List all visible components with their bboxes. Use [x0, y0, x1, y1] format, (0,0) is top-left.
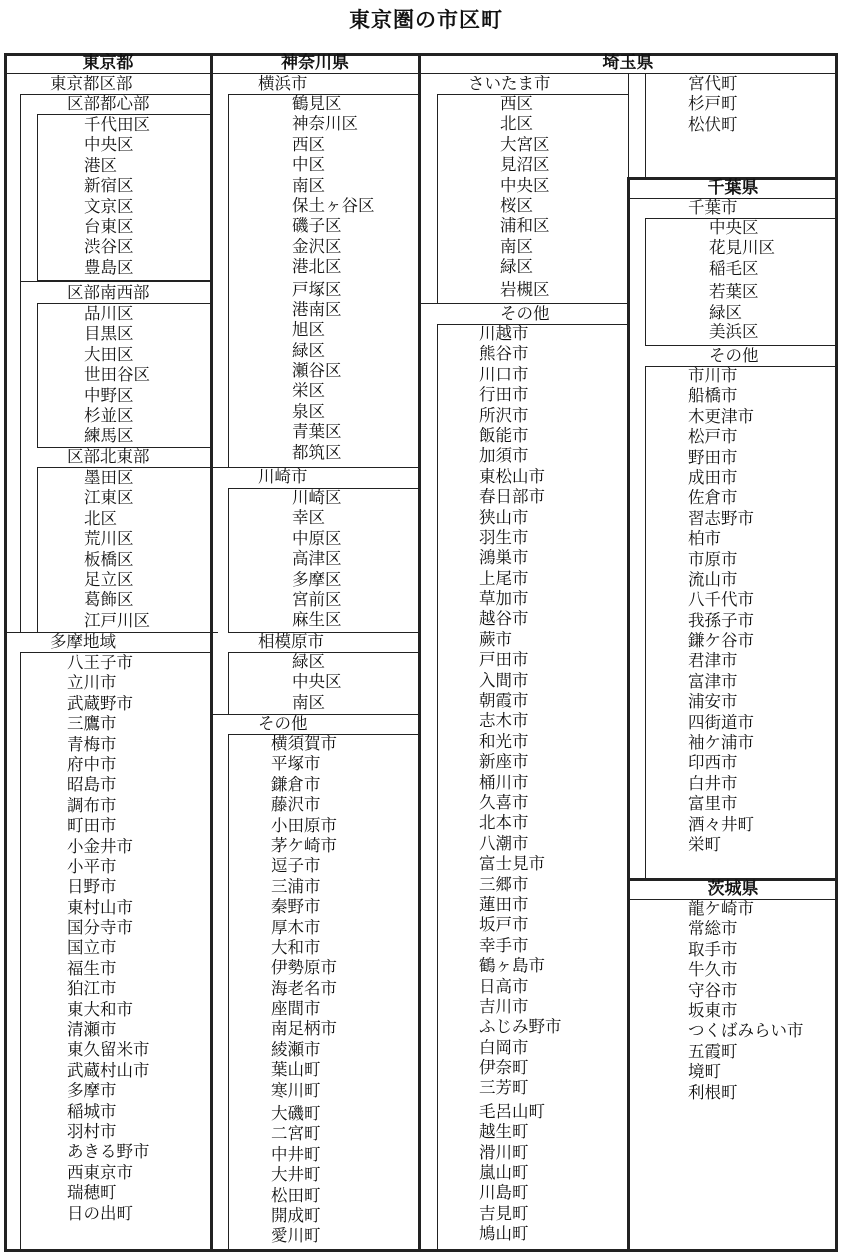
- list-item: 厚木市: [271, 918, 337, 938]
- list-item: 白岡市: [479, 1038, 562, 1058]
- list-item: 境町: [688, 1062, 804, 1082]
- list-item: 葛飾区: [84, 590, 150, 610]
- list-item: 栄町: [688, 835, 754, 855]
- list-item: 酒々井町: [688, 815, 754, 835]
- list-item: 東松山市: [479, 467, 562, 487]
- list-item: 中央区: [84, 135, 150, 155]
- chiba-others-label: その他: [709, 346, 759, 366]
- list-item: 瀬谷区: [292, 361, 375, 381]
- list-item: 流山市: [688, 570, 754, 590]
- header-tokyo: 東京都: [6, 53, 210, 73]
- list-item: 中区: [292, 155, 375, 175]
- list-item: 西東京市: [67, 1163, 150, 1183]
- list-item: 目黒区: [84, 324, 150, 344]
- tokyo-southwest-top: [20, 281, 210, 282]
- list-item: 秦野市: [271, 897, 337, 917]
- ibaraki-list: 龍ケ崎市 常総市 取手市 牛久市 守谷市 坂東市 つくばみらい市 五霞町 境町 …: [688, 899, 804, 1103]
- list-item: 中央区: [500, 176, 550, 196]
- list-item: 座間市: [271, 999, 337, 1019]
- kanagawa-others-label: その他: [258, 714, 308, 734]
- list-item: 佐倉市: [688, 488, 754, 508]
- list-item: 川島町: [479, 1183, 562, 1203]
- list-item: 緑区: [709, 303, 775, 322]
- header-chiba: 千葉県: [630, 178, 836, 198]
- list-item: 野田市: [688, 448, 754, 468]
- list-item: 南区: [292, 693, 342, 713]
- list-item: 多摩市: [67, 1081, 150, 1101]
- list-item: 中央区: [709, 218, 775, 238]
- list-item: 八王子市: [67, 653, 150, 673]
- saitama-city-label: さいたま市: [468, 74, 551, 94]
- list-item: 鎌ケ谷市: [688, 631, 754, 651]
- list-item: 柏市: [688, 529, 754, 549]
- list-item: 松戸市: [688, 427, 754, 447]
- list-item: 武蔵野市: [67, 694, 150, 714]
- tokyo-southwest-list: 品川区 目黒区 大田区 世田谷区 中野区 杉並区 練馬区: [84, 304, 150, 447]
- list-item: 北区: [500, 114, 550, 134]
- list-item: 松伏町: [688, 115, 738, 135]
- list-item: 青葉区: [292, 422, 375, 442]
- list-item: 宮代町: [688, 74, 738, 94]
- tokyo-wards-bracket: [20, 94, 21, 632]
- list-item: 横須賀市: [271, 734, 337, 754]
- list-item: 世田谷区: [84, 365, 150, 385]
- list-item: 四街道市: [688, 713, 754, 733]
- list-item: 渋谷区: [84, 237, 150, 257]
- list-item: 伊奈町: [479, 1058, 562, 1078]
- kanagawa-kawasaki-top: [210, 467, 420, 468]
- list-item: 江戸川区: [84, 611, 150, 631]
- list-item: 嵐山町: [479, 1163, 562, 1183]
- kanagawa-kawasaki-label: 川崎市: [258, 467, 308, 487]
- list-item: 小金井市: [67, 837, 150, 857]
- saitama-city-list: 西区 北区 大宮区 見沼区 中央区 桜区 浦和区 南区 緑区 岩槻区: [500, 94, 550, 300]
- list-item: 龍ケ崎市: [688, 899, 804, 919]
- list-item: 川口市: [479, 365, 562, 385]
- list-item: 所沢市: [479, 406, 562, 426]
- list-item: 八潮市: [479, 834, 562, 854]
- list-item: 草加市: [479, 589, 562, 609]
- list-item: 緑区: [292, 652, 342, 672]
- list-item: 市原市: [688, 550, 754, 570]
- list-item: 戸塚区: [292, 280, 375, 300]
- list-item: 蓮田市: [479, 895, 562, 915]
- list-item: 狭山市: [479, 508, 562, 528]
- list-item: 海老名市: [271, 979, 337, 999]
- list-item: 清瀬市: [67, 1020, 150, 1040]
- list-item: 川崎区: [292, 488, 342, 508]
- chiba-others-list: 市川市 船橋市 木更津市 松戸市 野田市 成田市 佐倉市 習志野市 柏市 市原市…: [688, 366, 754, 855]
- list-item: 行田市: [479, 385, 562, 405]
- list-item: 習志野市: [688, 509, 754, 529]
- list-item: 泉区: [292, 402, 375, 422]
- list-item: 川越市: [479, 324, 562, 344]
- list-item: 港北区: [292, 257, 375, 277]
- list-item: 高津区: [292, 549, 342, 569]
- list-item: 和光市: [479, 732, 562, 752]
- list-item: 板橋区: [84, 550, 150, 570]
- kanagawa-yokohama-list: 鶴見区 神奈川区 西区 中区 南区 保土ヶ谷区 磯子区 金沢区 港北区 戸塚区 …: [292, 94, 375, 463]
- list-item: 三鷹市: [67, 714, 150, 734]
- list-item: 白井市: [688, 774, 754, 794]
- list-item: 坂戸市: [479, 915, 562, 935]
- list-item: 保土ヶ谷区: [292, 196, 375, 216]
- list-item: 南足柄市: [271, 1019, 337, 1039]
- list-item: 東大和市: [67, 1000, 150, 1020]
- list-item: 取手市: [688, 940, 804, 960]
- list-item: 八千代市: [688, 590, 754, 610]
- list-item: 志木市: [479, 711, 562, 731]
- header-kanagawa: 神奈川県: [212, 53, 418, 73]
- list-item: 中原区: [292, 529, 342, 549]
- tokyo-tama-list: 八王子市 立川市 武蔵野市 三鷹市 青梅市 府中市 昭島市 調布市 町田市 小金…: [67, 653, 150, 1224]
- list-item: 中井町: [271, 1145, 337, 1165]
- list-item: 鴻巣市: [479, 548, 562, 568]
- list-item: つくばみらい市: [688, 1021, 804, 1041]
- list-item: 大和市: [271, 938, 337, 958]
- list-item: 西区: [292, 135, 375, 155]
- list-item: 杉戸町: [688, 94, 738, 114]
- list-item: 杉並区: [84, 406, 150, 426]
- list-item: 君津市: [688, 651, 754, 671]
- list-item: 調布市: [67, 796, 150, 816]
- list-item: 南区: [292, 176, 375, 196]
- list-item: 富士見市: [479, 854, 562, 874]
- chiba-city-list: 中央区 花見川区 稲毛区 若葉区 緑区 美浜区: [709, 218, 775, 342]
- list-item: 寒川町: [271, 1081, 337, 1101]
- list-item: 吉川市: [479, 997, 562, 1017]
- list-item: 上尾市: [479, 569, 562, 589]
- list-item: あきる野市: [67, 1142, 150, 1162]
- list-item: 国立市: [67, 938, 150, 958]
- list-item: 西区: [500, 94, 550, 114]
- list-item: 羽生市: [479, 528, 562, 548]
- list-item: 荒川区: [84, 529, 150, 549]
- list-item: 日高市: [479, 977, 562, 997]
- list-item: 稲城市: [67, 1102, 150, 1122]
- list-item: 守谷市: [688, 981, 804, 1001]
- tokyo-central-list: 千代田区 中央区 港区 新宿区 文京区 台東区 渋谷区 豊島区: [84, 115, 150, 278]
- list-item: ふじみ野市: [479, 1017, 562, 1037]
- list-item: 浦安市: [688, 692, 754, 712]
- list-item: 船橋市: [688, 386, 754, 406]
- list-item: 国分寺市: [67, 918, 150, 938]
- kanagawa-sagamihara-label: 相模原市: [258, 632, 324, 652]
- list-item: 越谷市: [479, 609, 562, 629]
- saitama-continuation-bracket: [645, 73, 646, 178]
- list-item: 瑞穂町: [67, 1183, 150, 1203]
- list-item: 坂東市: [688, 1001, 804, 1021]
- list-item: 富津市: [688, 672, 754, 692]
- list-item: 北本市: [479, 813, 562, 833]
- list-item: 小平市: [67, 857, 150, 877]
- kanagawa-others-list: 横須賀市 平塚市 鎌倉市 藤沢市 小田原市 茅ケ崎市 逗子市 三浦市 秦野市 厚…: [271, 734, 337, 1247]
- list-item: 新宿区: [84, 176, 150, 196]
- list-item: 春日部市: [479, 487, 562, 507]
- list-item: 見沼区: [500, 155, 550, 175]
- list-item: 福生市: [67, 959, 150, 979]
- tokyo-wards-label: 東京都区部: [50, 74, 133, 94]
- list-item: 久喜市: [479, 793, 562, 813]
- list-item: 港区: [84, 156, 150, 176]
- list-item: 蕨市: [479, 630, 562, 650]
- list-item: 朝霞市: [479, 691, 562, 711]
- list-item: 府中市: [67, 755, 150, 775]
- saitama-others-label: その他: [500, 304, 550, 324]
- list-item: 羽村市: [67, 1122, 150, 1142]
- list-item: 神奈川区: [292, 114, 375, 134]
- list-item: 花見川区: [709, 238, 775, 258]
- list-item: 袖ケ浦市: [688, 733, 754, 753]
- list-item: 青梅市: [67, 735, 150, 755]
- list-item: 利根町: [688, 1083, 804, 1103]
- list-item: 品川区: [84, 304, 150, 324]
- list-item: 綾瀬市: [271, 1040, 337, 1060]
- tokyo-southwest-label: 区部南西部: [67, 283, 150, 303]
- chiba-city-label: 千葉市: [688, 198, 738, 218]
- list-item: 桜区: [500, 196, 550, 216]
- kanagawa-others-top: [210, 714, 420, 715]
- list-item: 富里市: [688, 794, 754, 814]
- list-item: 中央区: [292, 672, 342, 692]
- list-item: 吉見町: [479, 1204, 562, 1224]
- list-item: 大宮区: [500, 135, 550, 155]
- list-item: 台東区: [84, 217, 150, 237]
- list-item: 稲毛区: [709, 259, 775, 279]
- page-title: 東京圏の市区町: [0, 4, 852, 34]
- list-item: 平塚市: [271, 754, 337, 774]
- list-item: 大磯町: [271, 1104, 337, 1124]
- kanagawa-kawasaki-list: 川崎区 幸区 中原区 高津区 多摩区 宮前区 麻生区: [292, 488, 342, 631]
- list-item: 港南区: [292, 300, 375, 320]
- list-item: 豊島区: [84, 258, 150, 278]
- list-item: 東村山市: [67, 898, 150, 918]
- list-item: 栄区: [292, 381, 375, 401]
- list-item: 大田区: [84, 345, 150, 365]
- list-item: 飯能市: [479, 426, 562, 446]
- list-item: 牛久市: [688, 960, 804, 980]
- list-item: 緑区: [292, 341, 375, 361]
- list-item: 町田市: [67, 816, 150, 836]
- list-item: 若葉区: [709, 282, 775, 302]
- tokyo-northeast-list: 墨田区 江東区 北区 荒川区 板橋区 足立区 葛飾区 江戸川区: [84, 468, 150, 631]
- list-item: 三郷市: [479, 875, 562, 895]
- list-item: 毛呂山町: [479, 1102, 562, 1122]
- list-item: 桶川市: [479, 773, 562, 793]
- tokyo-central-label: 区部都心部: [67, 94, 150, 114]
- list-item: 鶴ヶ島市: [479, 956, 562, 976]
- list-item: 江東区: [84, 488, 150, 508]
- list-item: 鳩山町: [479, 1224, 562, 1244]
- header-ibaraki: 茨城県: [630, 879, 836, 899]
- list-item: 藤沢市: [271, 795, 337, 815]
- list-item: 南区: [500, 237, 550, 257]
- list-item: 新座市: [479, 752, 562, 772]
- list-item: 岩槻区: [500, 280, 550, 300]
- list-item: 入間市: [479, 671, 562, 691]
- list-item: 大井町: [271, 1165, 337, 1185]
- list-item: 都筑区: [292, 443, 375, 463]
- list-item: 麻生区: [292, 610, 342, 630]
- list-item: 練馬区: [84, 426, 150, 446]
- list-item: 我孫子市: [688, 611, 754, 631]
- list-item: 二宮町: [271, 1124, 337, 1144]
- list-item: 滑川町: [479, 1143, 562, 1163]
- list-item: 常総市: [688, 919, 804, 939]
- list-item: 成田市: [688, 468, 754, 488]
- list-item: 愛川町: [271, 1226, 337, 1246]
- list-item: 宮前区: [292, 590, 342, 610]
- list-item: 昭島市: [67, 775, 150, 795]
- list-item: 三芳町: [479, 1078, 562, 1098]
- list-item: 小田原市: [271, 816, 337, 836]
- list-item: 武蔵村山市: [67, 1061, 150, 1081]
- tokyo-tama-label: 多摩地域: [50, 632, 116, 652]
- list-item: 狛江市: [67, 979, 150, 999]
- list-item: 熊谷市: [479, 344, 562, 364]
- list-item: 旭区: [292, 320, 375, 340]
- list-item: 中野区: [84, 386, 150, 406]
- chiba-left-border: [627, 177, 630, 1252]
- list-item: 鶴見区: [292, 94, 375, 114]
- list-item: 三浦市: [271, 877, 337, 897]
- list-item: 千代田区: [84, 115, 150, 135]
- list-item: 開成町: [271, 1206, 337, 1226]
- saitama-others-list: 川越市 熊谷市 川口市 行田市 所沢市 飯能市 加須市 東松山市 春日部市 狭山…: [479, 324, 562, 1245]
- list-item: 美浜区: [709, 322, 775, 342]
- list-item: 幸手市: [479, 936, 562, 956]
- tokyo-northeast-label: 区部北東部: [67, 447, 150, 467]
- list-item: 多摩区: [292, 570, 342, 590]
- list-item: 伊勢原市: [271, 958, 337, 978]
- list-item: 印西市: [688, 753, 754, 773]
- list-item: 茅ケ崎市: [271, 836, 337, 856]
- list-item: 木更津市: [688, 407, 754, 427]
- list-item: 鎌倉市: [271, 775, 337, 795]
- list-item: 加須市: [479, 446, 562, 466]
- list-item: 緑区: [500, 257, 550, 277]
- list-item: 越生町: [479, 1122, 562, 1142]
- list-item: 文京区: [84, 197, 150, 217]
- kanagawa-sagamihara-list: 緑区 中央区 南区: [292, 652, 342, 713]
- list-item: 日野市: [67, 877, 150, 897]
- list-item: 墨田区: [84, 468, 150, 488]
- list-item: 足立区: [84, 570, 150, 590]
- list-item: 葉山町: [271, 1060, 337, 1080]
- list-item: 松田町: [271, 1186, 337, 1206]
- list-item: 浦和区: [500, 216, 550, 236]
- kanagawa-yokohama-label: 横浜市: [258, 74, 308, 94]
- list-item: 日の出町: [67, 1204, 150, 1224]
- list-item: 幸区: [292, 508, 342, 528]
- list-item: 市川市: [688, 366, 754, 386]
- list-item: 五霞町: [688, 1042, 804, 1062]
- list-item: 戸田市: [479, 650, 562, 670]
- list-item: 東久留米市: [67, 1040, 150, 1060]
- list-item: 北区: [84, 509, 150, 529]
- header-saitama: 埼玉県: [420, 53, 836, 73]
- list-item: 磯子区: [292, 216, 375, 236]
- list-item: 金沢区: [292, 237, 375, 257]
- list-item: 逗子市: [271, 856, 337, 876]
- list-item: 立川市: [67, 673, 150, 693]
- saitama-others-continued-list: 宮代町 杉戸町 松伏町: [688, 74, 738, 135]
